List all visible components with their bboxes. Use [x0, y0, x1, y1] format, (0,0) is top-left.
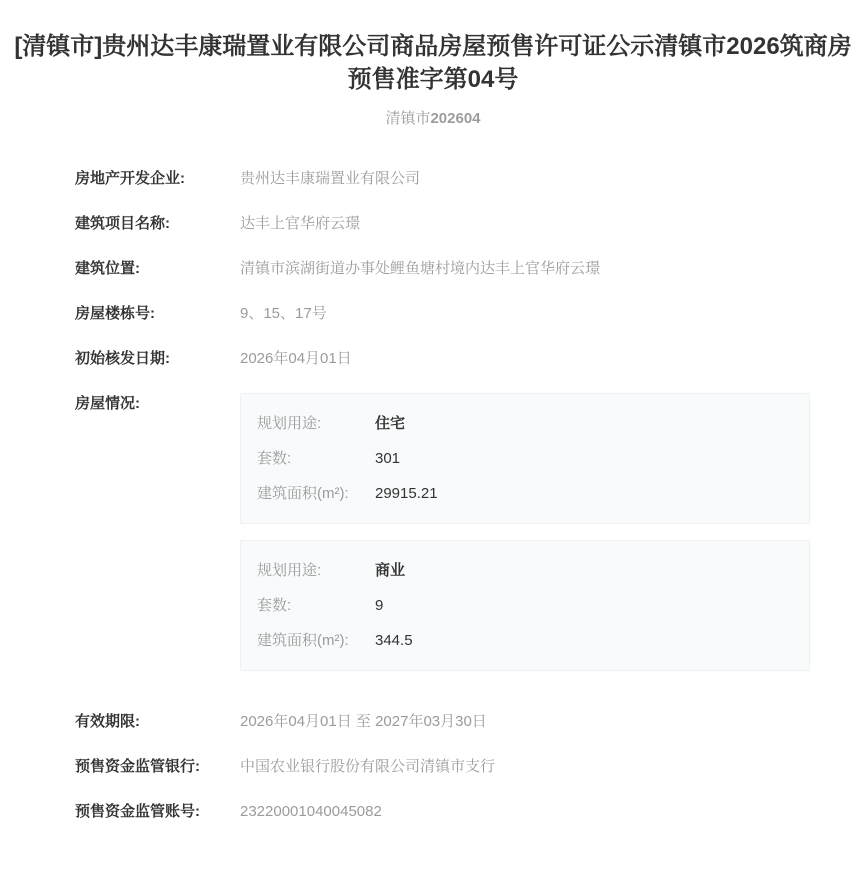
field-label-developer: 房地产开发企业: — [75, 168, 240, 189]
field-label-supervision-account: 预售资金监管账号: — [75, 801, 240, 822]
field-row-building-numbers: 房屋楼栋号: 9、15、17号 — [75, 303, 866, 324]
unit-label-area: 建筑面积(m²): — [257, 630, 375, 651]
unit-value-purpose: 住宅 — [375, 413, 405, 434]
field-label-project-name: 建筑项目名称: — [75, 213, 240, 234]
field-row-project-name: 建筑项目名称: 达丰上官华府云璟 — [75, 213, 866, 234]
field-row-supervision-account: 预售资金监管账号: 23220001040045082 — [75, 801, 866, 822]
field-row-housing-status: 房屋情况: 规划用途: 住宅 套数: 301 建筑面积(m²): 29915.2… — [75, 393, 866, 687]
field-row-initial-issue-date: 初始核发日期: 2026年04月01日 — [75, 348, 866, 369]
field-value-supervision-account: 23220001040045082 — [240, 801, 382, 822]
field-value-supervision-bank: 中国农业银行股份有限公司清镇市支行 — [240, 756, 495, 777]
fields-list: 房地产开发企业: 贵州达丰康瑞置业有限公司 建筑项目名称: 达丰上官华府云璟 建… — [75, 168, 866, 822]
field-row-validity: 有效期限: 2026年04月01日 至 2027年03月30日 — [75, 711, 866, 732]
presale-permit-notice-page: [清镇市]贵州达丰康瑞置业有限公司商品房屋预售许可证公示清镇市2026筑商房预售… — [0, 30, 866, 880]
unit-row-purpose: 规划用途: 商业 — [257, 560, 793, 581]
field-label-location: 建筑位置: — [75, 258, 240, 279]
field-row-developer: 房地产开发企业: 贵州达丰康瑞置业有限公司 — [75, 168, 866, 189]
unit-row-area: 建筑面积(m²): 29915.21 — [257, 483, 793, 504]
unit-value-area: 29915.21 — [375, 483, 438, 504]
unit-label-area: 建筑面积(m²): — [257, 483, 375, 504]
unit-label-purpose: 规划用途: — [257, 560, 375, 581]
field-value-developer: 贵州达丰康瑞置业有限公司 — [240, 168, 420, 189]
permit-number-value: 202604 — [430, 110, 480, 127]
field-label-housing-status: 房屋情况: — [75, 393, 240, 414]
page-title: [清镇市]贵州达丰康瑞置业有限公司商品房屋预售许可证公示清镇市2026筑商房预售… — [13, 30, 853, 96]
permit-number-prefix: 清镇市 — [385, 110, 430, 127]
unit-label-purpose: 规划用途: — [257, 413, 375, 434]
unit-value-purpose: 商业 — [375, 560, 405, 581]
unit-value-count: 9 — [375, 595, 383, 616]
housing-unit-card-residential: 规划用途: 住宅 套数: 301 建筑面积(m²): 29915.21 — [240, 393, 810, 524]
permit-number: 清镇市202604 — [0, 110, 866, 128]
unit-row-area: 建筑面积(m²): 344.5 — [257, 630, 793, 651]
unit-label-count: 套数: — [257, 448, 375, 469]
field-row-location: 建筑位置: 清镇市滨湖街道办事处鲤鱼塘村境内达丰上官华府云璟 — [75, 258, 866, 279]
field-value-initial-issue-date: 2026年04月01日 — [240, 348, 352, 369]
housing-unit-cards: 规划用途: 住宅 套数: 301 建筑面积(m²): 29915.21 规划用途… — [240, 393, 866, 687]
field-label-building-numbers: 房屋楼栋号: — [75, 303, 240, 324]
field-value-building-numbers: 9、15、17号 — [240, 303, 327, 324]
field-value-validity: 2026年04月01日 至 2027年03月30日 — [240, 711, 487, 732]
unit-value-count: 301 — [375, 448, 400, 469]
housing-unit-card-commercial: 规划用途: 商业 套数: 9 建筑面积(m²): 344.5 — [240, 540, 810, 671]
unit-row-count: 套数: 301 — [257, 448, 793, 469]
unit-row-count: 套数: 9 — [257, 595, 793, 616]
field-label-validity: 有效期限: — [75, 711, 240, 732]
unit-row-purpose: 规划用途: 住宅 — [257, 413, 793, 434]
unit-value-area: 344.5 — [375, 630, 413, 651]
field-label-initial-issue-date: 初始核发日期: — [75, 348, 240, 369]
field-row-supervision-bank: 预售资金监管银行: 中国农业银行股份有限公司清镇市支行 — [75, 756, 866, 777]
unit-label-count: 套数: — [257, 595, 375, 616]
field-value-location: 清镇市滨湖街道办事处鲤鱼塘村境内达丰上官华府云璟 — [240, 258, 600, 279]
field-label-supervision-bank: 预售资金监管银行: — [75, 756, 240, 777]
field-value-project-name: 达丰上官华府云璟 — [240, 213, 360, 234]
